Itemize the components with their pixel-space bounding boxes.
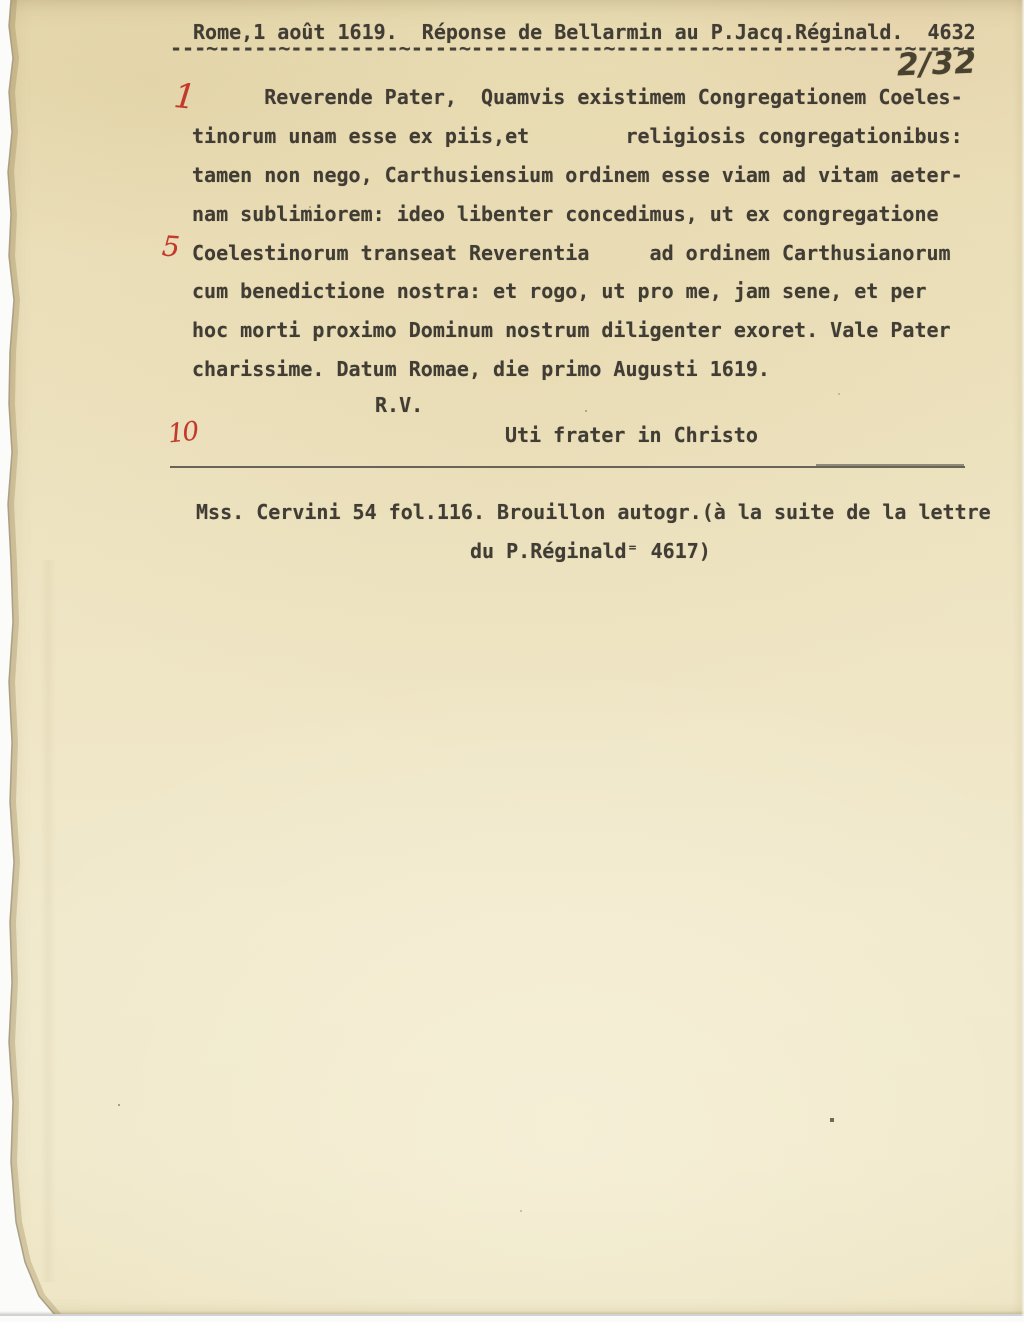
signature-line: Uti frater in Christo (505, 422, 758, 448)
margin-line-number-10: 10 (167, 419, 199, 448)
body-line: tamen non nego, Carthusiensium ordinem e… (192, 162, 963, 188)
body-line: tinorum unam esse ex piis,et religiosis … (192, 123, 963, 149)
margin-line-number-5: 5 (161, 232, 181, 261)
footer-separator-rule (170, 466, 965, 468)
paper-specks (0, 0, 2, 2)
body-line: hoc morti proximo Dominum nostrum dilige… (192, 317, 951, 343)
header-dashed-rule: ---~-----~---------~----~-----------~---… (170, 35, 977, 61)
body-line: charissime. Datum Romae, die primo Augus… (192, 356, 770, 382)
signature-initials: R.V. (375, 392, 423, 418)
body-line: Coelestinorum transeat Reverentia ad ord… (192, 240, 951, 266)
body-line: nam sublimiorem: ideo libenter concedimu… (192, 201, 939, 227)
source-note-line: Mss. Cervini 54 fol.116. Brouillon autog… (196, 499, 991, 525)
folio-number-annotation: 2/32 (896, 48, 977, 82)
torn-page-edge (0, 0, 70, 1316)
scanned-document-page: { "document": { "header": { "title_line"… (0, 0, 1024, 1322)
source-note-line: du P.Réginald⁼ 4617) (470, 538, 711, 564)
footer-separator-rule-overdraw (816, 464, 964, 466)
paper-background (0, 0, 1024, 1316)
scan-bottom-edge (0, 1314, 1024, 1322)
body-line: cum benedictione nostra: et rogo, ut pro… (192, 278, 927, 304)
body-line: Reverende Pater, Quamvis existimem Congr… (192, 84, 963, 110)
